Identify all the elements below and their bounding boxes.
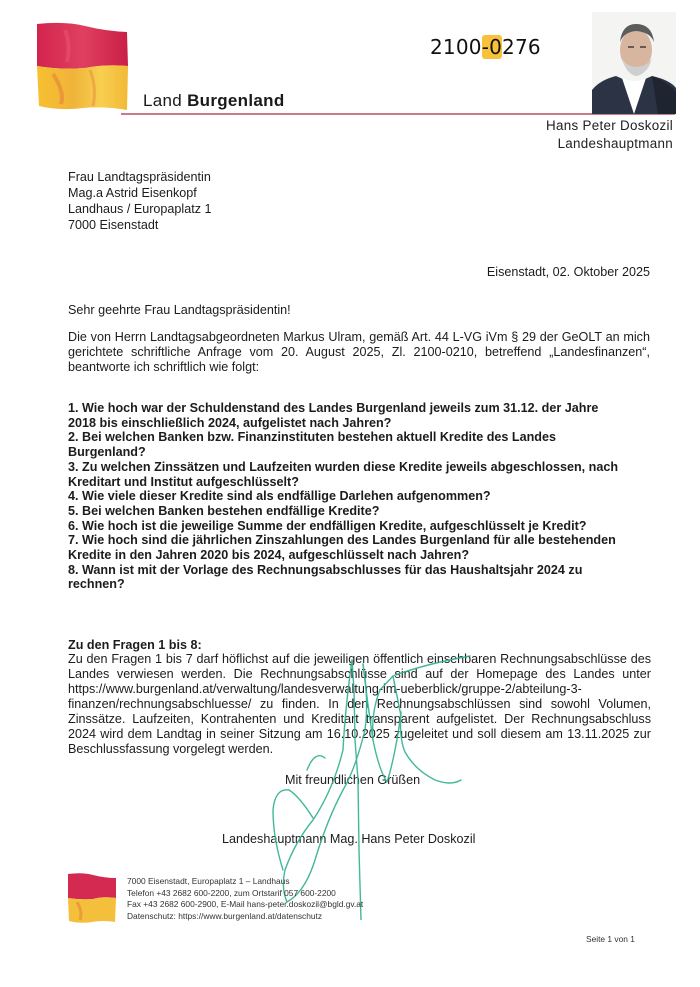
salutation: Sehr geehrte Frau Landtagspräsidentin! <box>68 303 291 317</box>
portrait-photo <box>592 12 676 114</box>
intro-paragraph: Die von Herrn Landtagsabgeordneten Marku… <box>68 330 650 375</box>
questions-list: 1. Wie hoch war der Schuldenstand des La… <box>68 401 628 592</box>
burgenland-flag-icon <box>35 22 129 112</box>
footer-phone: Telefon +43 2682 600-2200, zum Ortstarif… <box>127 888 363 900</box>
document-number: 2100-0276 <box>430 35 541 59</box>
doc-number-prefix: 2100 <box>430 35 482 59</box>
doc-number-highlight: -0 <box>482 35 502 59</box>
question-item: 4. Wie viele dieser Kredite sind als end… <box>68 489 628 504</box>
footer-contact: 7000 Eisenstadt, Europaplatz 1 – Landhau… <box>127 876 363 922</box>
footer-privacy: Datenschutz: https://www.burgenland.at/d… <box>127 911 363 923</box>
brand-bold: Burgenland <box>187 91 284 110</box>
question-item: 3. Zu welchen Zinssätzen und Laufzeiten … <box>68 460 628 489</box>
question-item: 6. Wie hoch ist die jeweilige Summe der … <box>68 519 628 534</box>
addressee-line: Mag.a Astrid Eisenkopf <box>68 185 212 201</box>
addressee-block: Frau Landtagspräsidentin Mag.a Astrid Ei… <box>68 169 212 233</box>
signer-name: Landeshauptmann Mag. Hans Peter Doskozil <box>222 832 475 846</box>
brand-prefix: Land <box>143 91 182 110</box>
addressee-line: Landhaus / Europaplatz 1 <box>68 201 212 217</box>
answer-heading: Zu den Fragen 1 bis 8: <box>68 638 202 652</box>
letter-date: Eisenstadt, 02. Oktober 2025 <box>487 265 650 279</box>
closing-phrase: Mit freundlichen Grüßen <box>285 773 420 787</box>
addressee-line: 7000 Eisenstadt <box>68 217 212 233</box>
page-number: Seite 1 von 1 <box>586 934 635 944</box>
brand-title: Land Burgenland <box>143 91 285 111</box>
governor-name: Hans Peter Doskozil <box>546 118 673 133</box>
addressee-line: Frau Landtagspräsidentin <box>68 169 212 185</box>
question-item: 1. Wie hoch war der Schuldenstand des La… <box>68 401 628 430</box>
question-item: 8. Wann ist mit der Vorlage des Rechnung… <box>68 563 628 592</box>
answer-paragraph: Zu den Fragen 1 bis 7 darf höflichst auf… <box>68 652 651 757</box>
doc-number-suffix: 276 <box>502 35 541 59</box>
question-item: 7. Wie hoch sind die jährlichen Zinszahl… <box>68 533 628 562</box>
footer-fax-email: Fax +43 2682 600-2900, E-Mail hans-peter… <box>127 899 363 911</box>
question-item: 2. Bei welchen Banken bzw. Finanzinstitu… <box>68 430 628 459</box>
footer-address: 7000 Eisenstadt, Europaplatz 1 – Landhau… <box>127 876 363 888</box>
governor-title: Landeshauptmann <box>558 136 673 151</box>
burgenland-flag-icon <box>67 872 117 924</box>
question-item: 5. Bei welchen Banken bestehen endfällig… <box>68 504 628 519</box>
